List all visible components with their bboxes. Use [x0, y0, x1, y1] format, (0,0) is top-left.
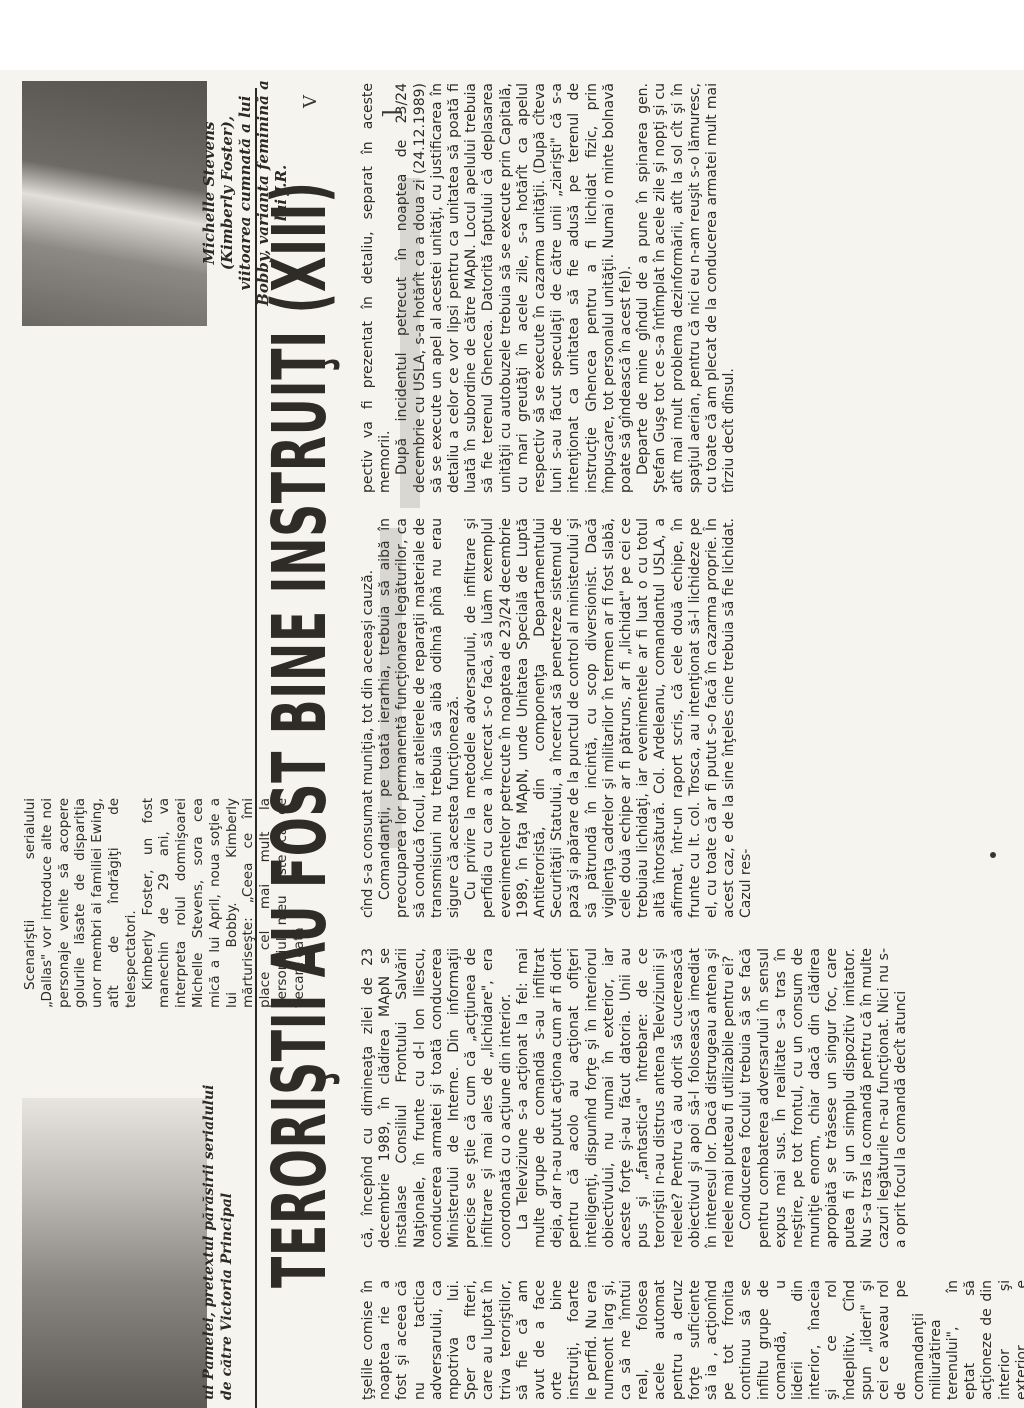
- column-paragraph: ţşelile comise în noaptea rie a fost şi …: [360, 1280, 1024, 1400]
- headline: TERORIŞTII AU FOST BINE INSTRUIŢI (XIII): [255, 544, 345, 1288]
- scan-smear: [400, 178, 420, 508]
- newspaper-clipping: ui Pamelei, pretextul părăsirii serialul…: [0, 70, 1024, 1408]
- column-paragraph: Cu privire la metodele adversarului, de …: [463, 518, 755, 918]
- column-paragraph: După incidentul petrecut în noaptea de 2…: [394, 83, 635, 493]
- scan-smear: [380, 528, 402, 848]
- column-paragraph: La Televiziune s-a acţionat la fel: mai …: [515, 948, 739, 1248]
- dallas-paragraph: Scenariştii serialului „Dallas" vor intr…: [22, 798, 140, 1008]
- column-paragraph: Conducerea focului trebuia să se facă pe…: [738, 948, 910, 1248]
- column-paragraph: Departe de mine gîndul de a pune în spin…: [635, 83, 738, 493]
- pen-check-mark: V: [300, 95, 321, 108]
- column-paragraph: că, începînd cu dimineaţa zilei de 23 de…: [360, 948, 515, 1248]
- pen-bracket-mark: ]: [380, 109, 405, 118]
- column-1: ţşelile comise în noaptea rie a fost şi …: [360, 1280, 1024, 1400]
- column-paragraph: pectiv va fi prezentat în detaliu, separ…: [360, 83, 394, 493]
- scan-margin: [0, 0, 1024, 70]
- column-paragraph: cînd s-a consumat muniţia, tot din aceea…: [360, 518, 377, 918]
- michelle-stevens-photo: [22, 81, 207, 326]
- scan-speck: [990, 852, 996, 858]
- rotated-newspaper-page: ui Pamelei, pretextul părăsirii serialul…: [0, 0, 1024, 1408]
- top-caption: ui Pamelei, pretextul părăsirii serialul…: [200, 1080, 236, 1400]
- column-2: că, începînd cu dimineaţa zilei de 23 de…: [360, 948, 911, 1248]
- column-3: cînd s-a consumat muniţia, tot din aceea…: [360, 518, 756, 918]
- top-left-photo: [22, 1098, 207, 1408]
